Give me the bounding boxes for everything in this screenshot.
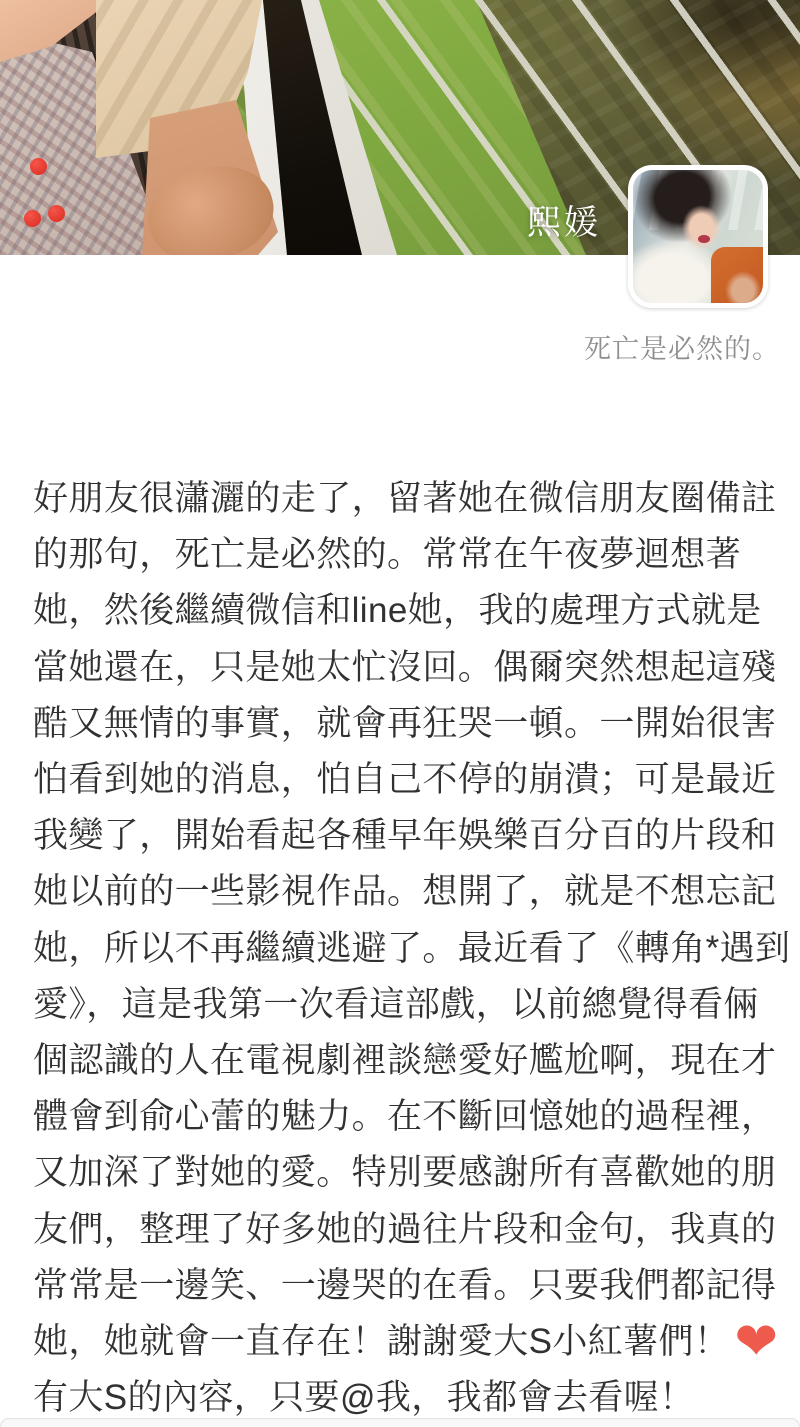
body-text-line: 的那句，死亡是必然的。常常在午夜夢迴想著 [33, 527, 767, 583]
author-name-overlay: 熙媛 [527, 195, 601, 244]
avatar-orange-background [711, 247, 763, 303]
map-pin-dot [24, 210, 41, 227]
body-text-line: 體會到俞心蕾的魅力。在不斷回憶她的過程裡， [33, 1089, 767, 1145]
body-text-line: 她，所以不再繼續逃避了。最近看了《轉角*遇到 [33, 921, 767, 977]
post-body-text: 好朋友很瀟灑的走了，留著她在微信朋友圈備註的那句，死亡是必然的。常常在午夜夢迴想… [0, 471, 800, 1426]
body-text-line: 酷又無情的事實，就會再狂哭一頓。一開始很害 [33, 696, 767, 752]
body-text-line: 她，她就會一直存在！謝謝愛大S小紅薯們！❤ [33, 1314, 767, 1370]
map-pin-dot [30, 158, 47, 175]
avatar-image [633, 170, 763, 303]
body-text-line: 我變了，開始看起各種早年娛樂百分百的片段和 [33, 808, 767, 864]
body-text-line: 好朋友很瀟灑的走了，留著她在微信朋友圈備註 [33, 471, 767, 527]
avatar-lips [698, 235, 710, 243]
map-pin-dot [48, 205, 65, 222]
photo-caption: 死亡是必然的。 [0, 327, 780, 366]
body-text-line: 又加深了對她的愛。特別要感謝所有喜歡她的朋 [33, 1145, 767, 1201]
body-text-line: 她以前的一些影視作品。想開了，就是不想忘記 [33, 864, 767, 920]
body-text-line: 個認識的人在電視劇裡談戀愛好尷尬啊，現在才 [33, 1033, 767, 1089]
body-text-line: 怕看到她的消息，怕自己不停的崩潰；可是最近 [33, 752, 767, 808]
body-text-line: 她，然後繼續微信和line她，我的處理方式就是 [33, 583, 767, 639]
body-text-line: 當她還在，只是她太忙沒回。偶爾突然想起這殘 [33, 640, 767, 696]
bottom-sheet-edge [0, 1418, 800, 1427]
author-avatar[interactable] [628, 165, 768, 308]
red-heart-emoji: ❤ [734, 1313, 778, 1371]
body-text-line: 友們，整理了好多她的過往片段和金句，我真的 [33, 1202, 767, 1258]
body-text-line: 愛》，這是我第一次看這部戲，以前總覺得看倆 [33, 977, 767, 1033]
body-text-line: 常常是一邊笑、一邊哭的在看。只要我們都記得 [33, 1258, 767, 1314]
